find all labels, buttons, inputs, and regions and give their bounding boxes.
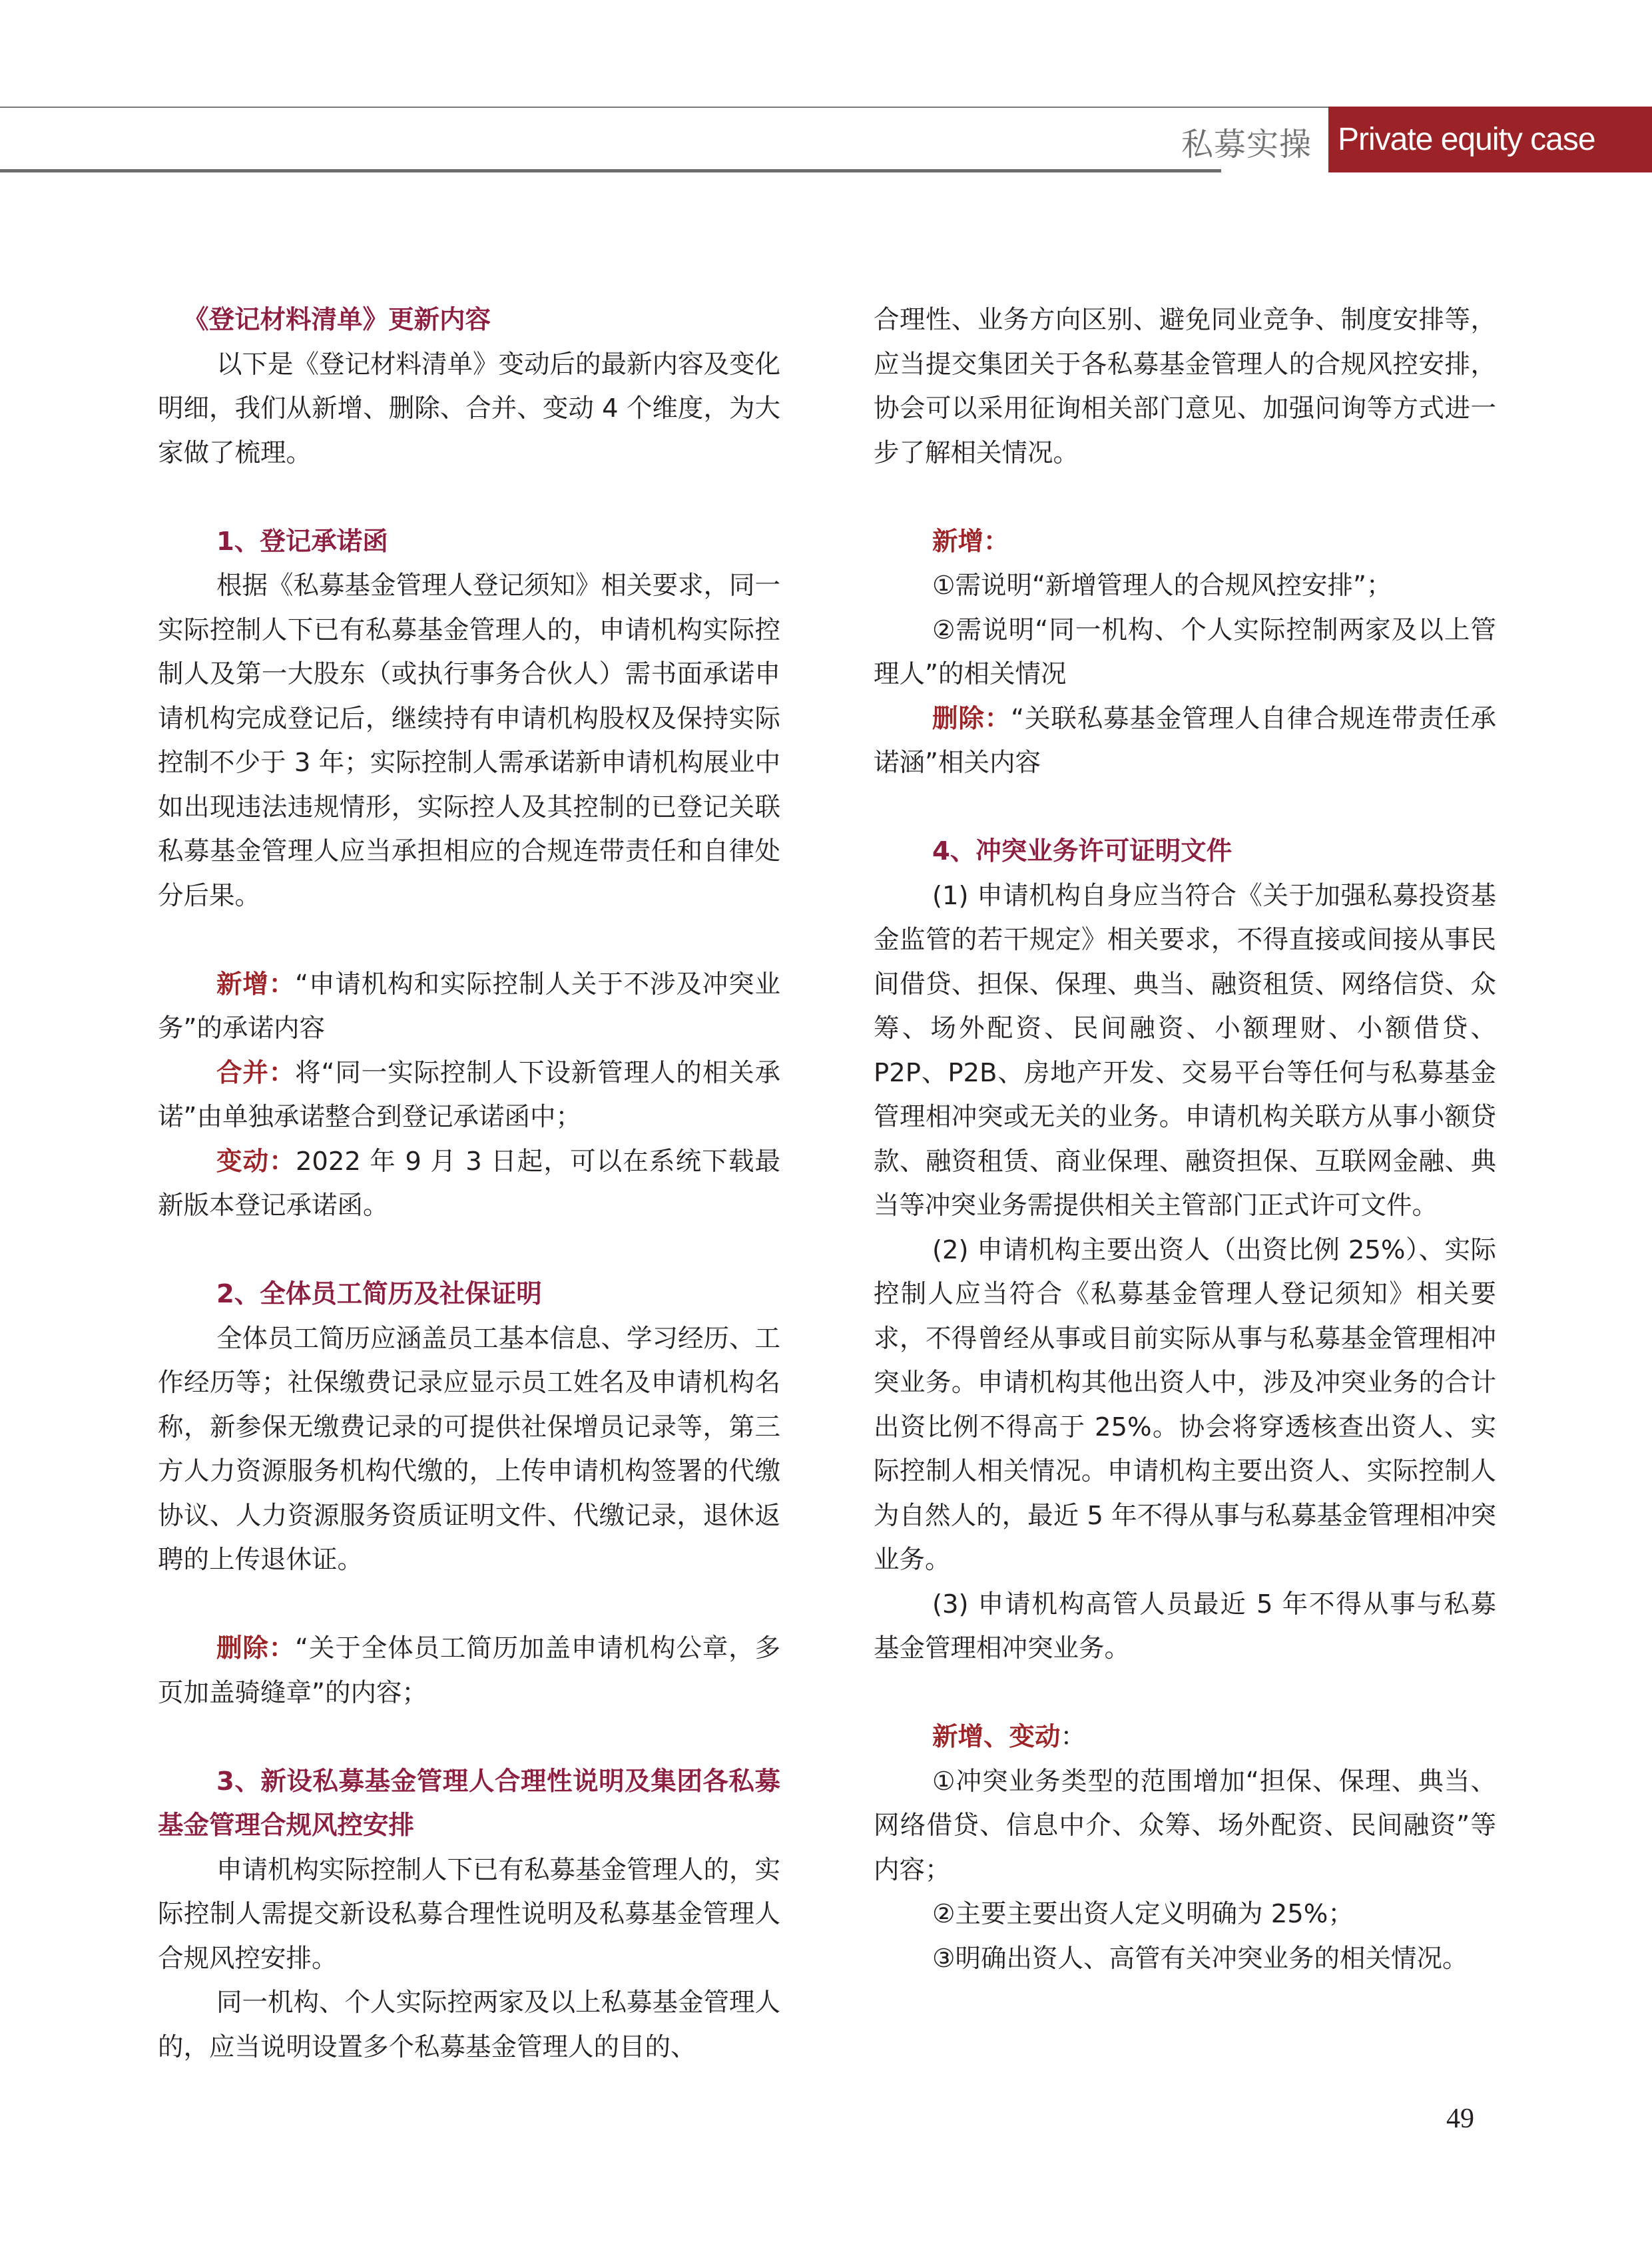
section-2-deleted: 删除：“关于全体员工简历加盖申请机构公章，多页加盖骑缝章”的内容； (158, 1627, 780, 1715)
section-1-changed: 变动：2022 年 9 月 3 日起，可以在系统下载最新版本登记承诺函。 (158, 1140, 780, 1229)
section-2-body: 全体员工简历应涵盖员工基本信息、学习经历、工作经历等；社保缴费记录应显示员工姓名… (158, 1317, 780, 1583)
article-title: 《登记材料清单》更新内容 (158, 298, 780, 343)
section-1-added: 新增：“申请机构和实际控制人关于不涉及冲突业务”的承诺内容 (158, 963, 780, 1051)
section-4-change-item-1: ①冲突业务类型的范围增加“担保、保理、典当、网络借贷、信息中介、众筹、场外配资、… (874, 1760, 1496, 1893)
section-4-change-item-3: ③明确出资人、高管有关冲突业务的相关情况。 (874, 1937, 1496, 1982)
section-label-en: Private equity case (1338, 121, 1595, 158)
section-4-point-3: (3) 申请机构高管人员最近 5 年不得从事与私募基金管理相冲突业务。 (874, 1583, 1496, 1671)
deleted-label: 删除： (932, 704, 1011, 734)
left-column: 《登记材料清单》更新内容 以下是《登记材料清单》变动后的最新内容及变化明细，我们… (158, 298, 780, 2070)
section-4-changes-heading: 新增、变动： (874, 1715, 1496, 1760)
label-colon: ： (1061, 1722, 1087, 1752)
section-3-heading: 3、新设私募基金管理人合理性说明及集团各私募基金管理合规风控安排 (158, 1760, 780, 1848)
section-3-continued: 合理性、业务方向区别、避免同业竞争、制度安排等，应当提交集团关于各私募基金管理人… (874, 298, 1496, 475)
section-1-body: 根据《私募基金管理人登记须知》相关要求，同一实际控制人下已有私募基金管理人的，申… (158, 564, 780, 918)
added-changed-label: 新增、变动 (932, 1722, 1061, 1752)
section-1-heading: 1、登记承诺函 (158, 520, 780, 565)
intro-paragraph: 以下是《登记材料清单》变动后的最新内容及变化明细，我们从新增、删除、合并、变动 … (158, 343, 780, 476)
section-3-added-item-2: ②需说明“同一机构、个人实际控制两家及以上管理人”的相关情况 (874, 609, 1496, 697)
page-number: 49 (1446, 2103, 1474, 2135)
section-label-box: Private equity case (1328, 107, 1652, 172)
merged-label: 合并： (216, 1058, 295, 1088)
section-1-merged: 合并：将“同一实际控制人下设新管理人的相关承诺”由单独承诺整合到登记承诺函中； (158, 1051, 780, 1140)
section-3-body-1: 申请机构实际控制人下已有私募基金管理人的，实际控制人需提交新设私募合理性说明及私… (158, 1848, 780, 1982)
added-label: 新增： (932, 527, 1009, 557)
section-4-heading: 4、冲突业务许可证明文件 (874, 830, 1496, 874)
section-3-added-item-1: ①需说明“新增管理人的合规风控安排”； (874, 564, 1496, 609)
section-4-point-1: (1) 申请机构自身应当符合《关于加强私募投资基金监管的若干规定》相关要求，不得… (874, 874, 1496, 1229)
added-label: 新增： (216, 970, 295, 999)
section-4-change-item-2: ②主要主要出资人定义明确为 25%； (874, 1892, 1496, 1937)
right-column: 合理性、业务方向区别、避免同业竞争、制度安排等，应当提交集团关于各私募基金管理人… (874, 298, 1496, 1981)
section-3-deleted: 删除：“关联私募基金管理人自律合规连带责任承诺涵”相关内容 (874, 697, 1496, 786)
section-3-added-heading: 新增： (874, 520, 1496, 565)
section-2-heading: 2、全体员工简历及社保证明 (158, 1272, 780, 1317)
section-label-cn: 私募实操 (1132, 119, 1312, 164)
section-4-point-2: (2) 申请机构主要出资人（出资比例 25%）、实际控制人应当符合《私募基金管理… (874, 1229, 1496, 1583)
section-3-body-2: 同一机构、个人实际控两家及以上私募基金管理人的，应当说明设置多个私募基金管理人的… (158, 1981, 780, 2070)
changed-label: 变动： (216, 1147, 296, 1177)
deleted-label: 删除： (216, 1633, 295, 1663)
header-rule-thick (0, 169, 1221, 172)
